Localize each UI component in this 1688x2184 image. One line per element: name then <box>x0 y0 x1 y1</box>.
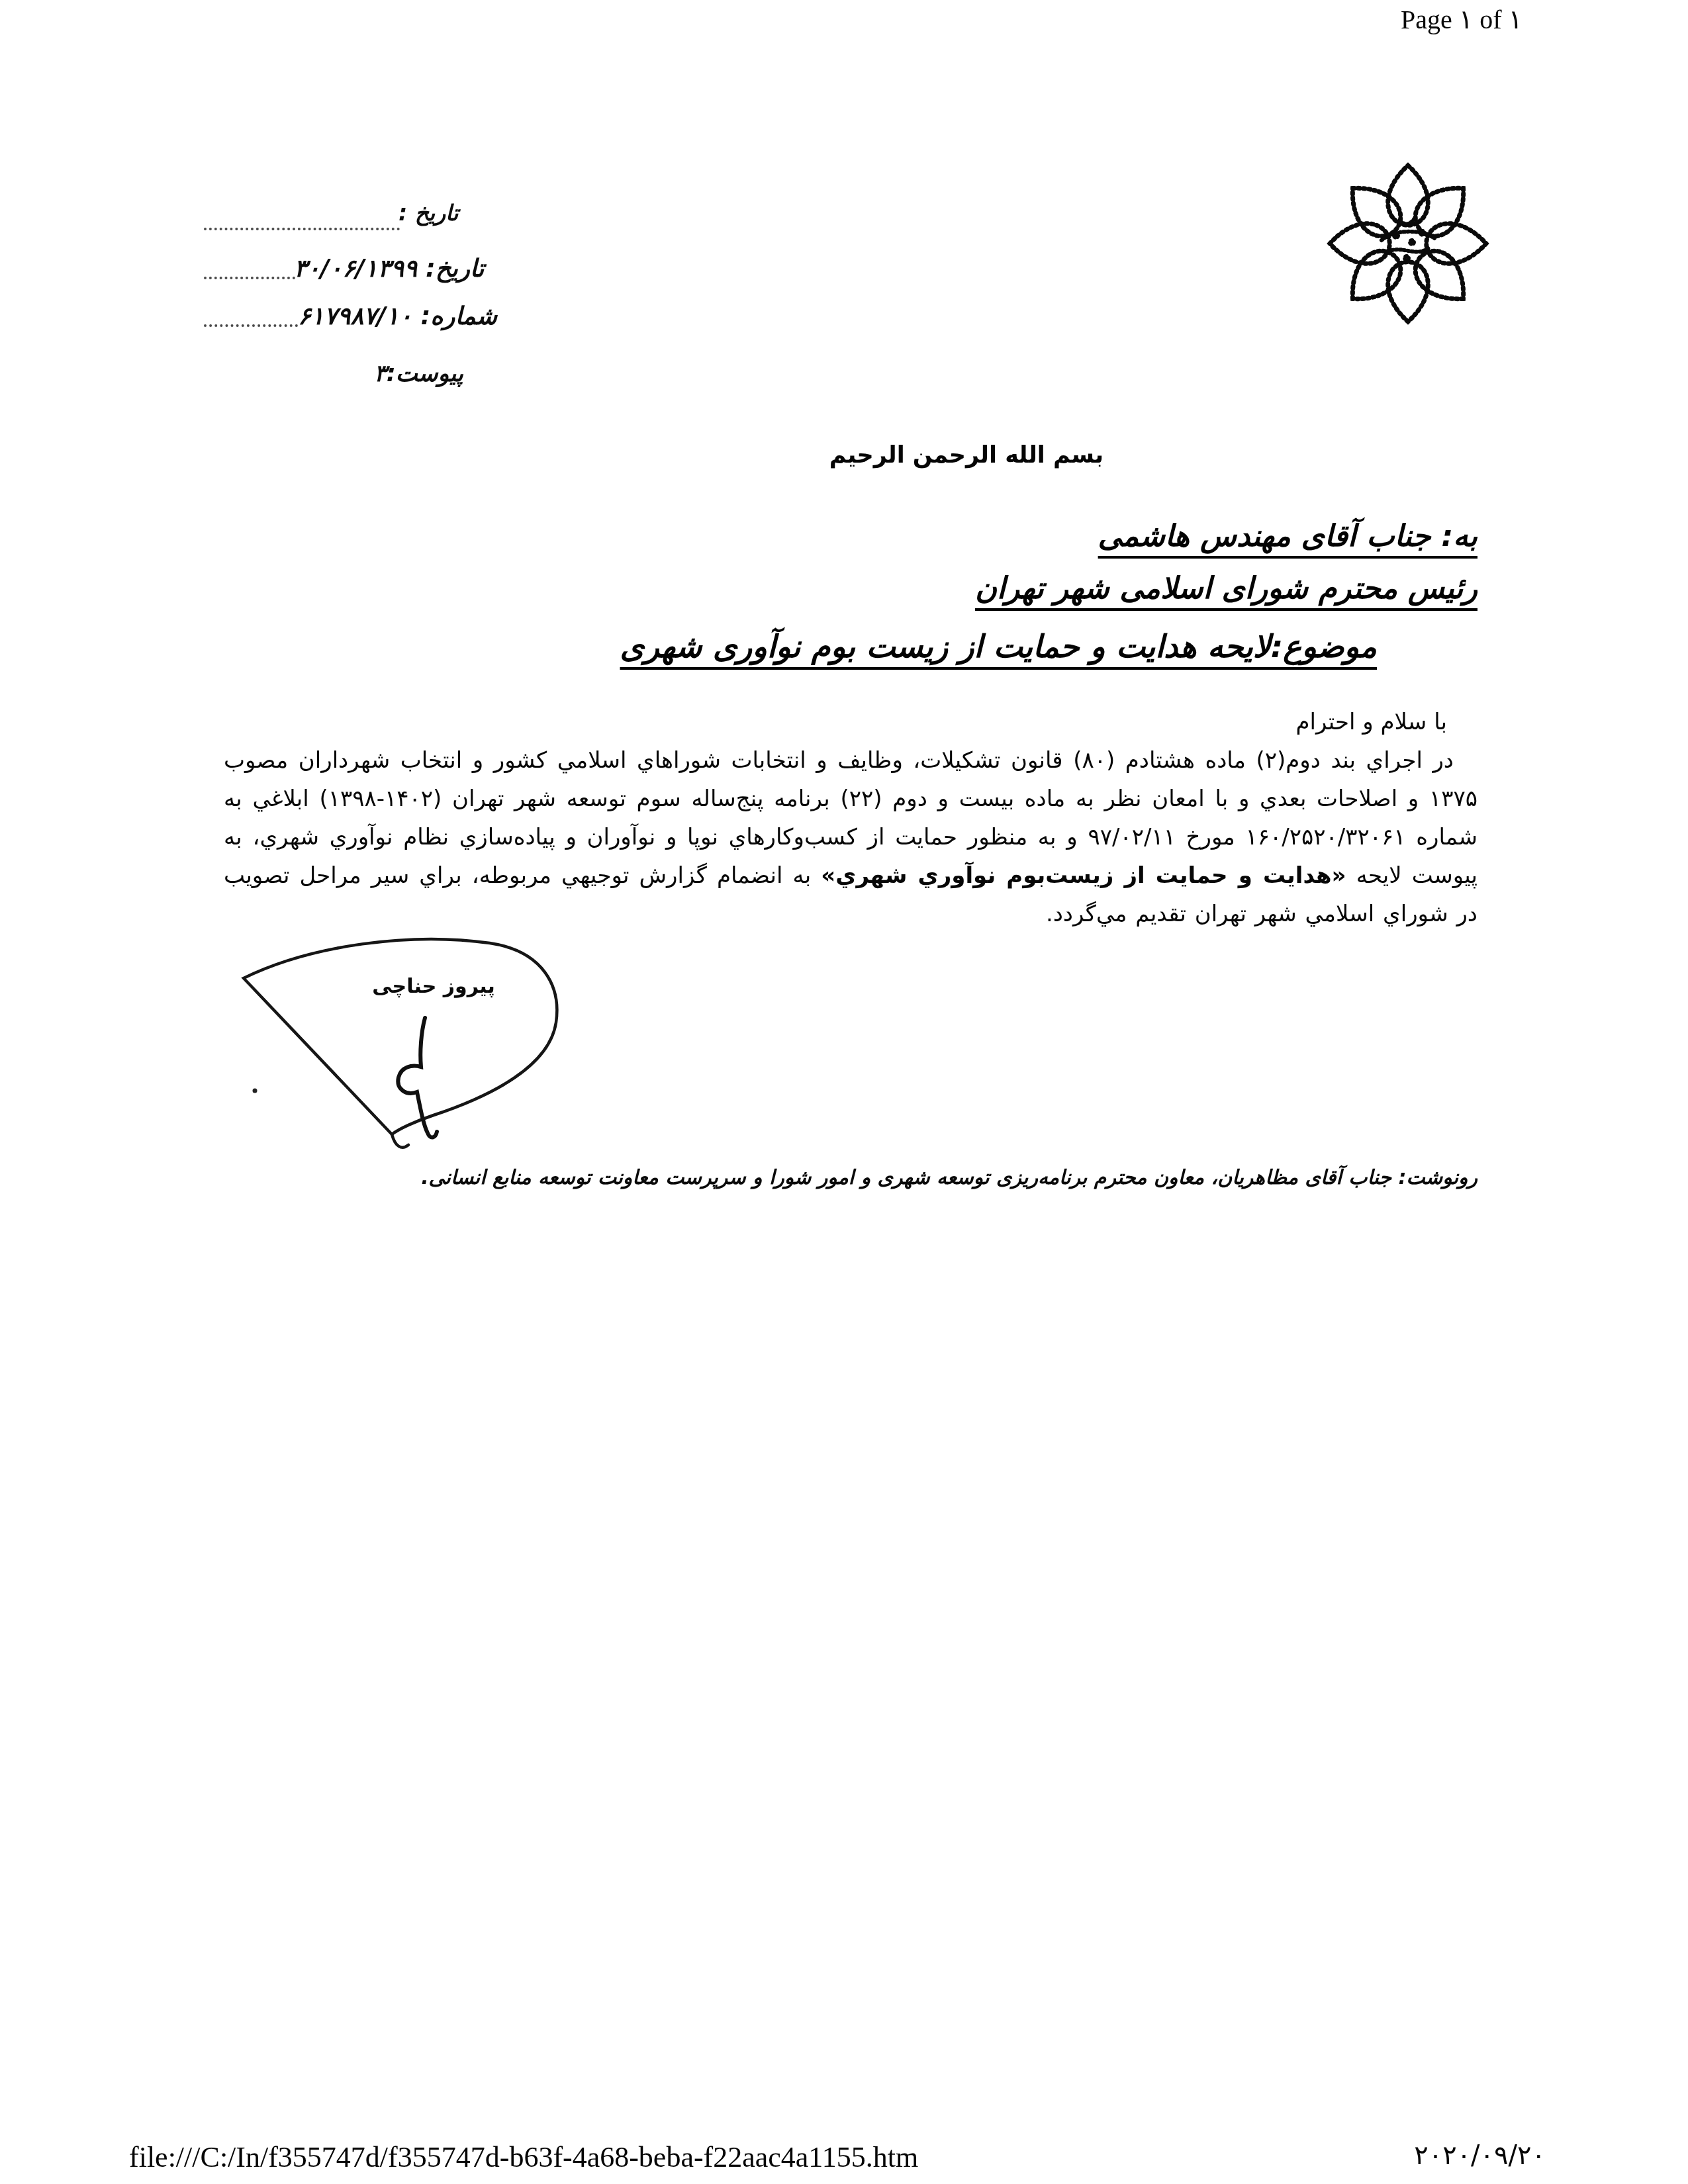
number-field-value: ۶۱۷۹۸۷/۱۰ <box>295 302 412 330</box>
date-field: تاريخ: ۳۰/۰۶/۱۳۹۹ <box>291 254 484 283</box>
date-dotted-leader-1 <box>204 228 400 230</box>
bismillah-text: بسم الله الرحمن الرحيم <box>761 442 1172 469</box>
recipient-title-line: رئیس محترم شورای اسلامی شهر تهران <box>975 570 1477 606</box>
page-number-header: Page ۱ of ۱ <box>1401 4 1523 35</box>
number-field-label: شماره: <box>420 302 497 330</box>
signature-block: پیروز حناچی <box>232 927 576 1155</box>
number-dotted-leader <box>204 324 298 327</box>
scanned-letter-page: Page ۱ of ۱ تاريخ : تاريخ: ۳۰/۰۶/۱۳۹۹ شم… <box>0 0 1688 2184</box>
signature-scrawl <box>398 1018 437 1138</box>
recipient-line: به: جناب آقای مهندس هاشمی <box>1098 518 1477 553</box>
municipality-logo-icon <box>1314 158 1503 335</box>
attachment-field-label: پيوست: <box>387 361 463 387</box>
body-paragraph: در اجراي بند دوم(۲) ماده هشتادم (۸۰) قان… <box>224 741 1477 933</box>
cc-line: رونوشت: جناب آقای مظاهریان، معاون محترم … <box>421 1166 1477 1189</box>
signature-tail-stroke <box>392 1134 408 1148</box>
attachment-field: پيوست:۳ <box>374 361 463 387</box>
attachment-field-value: ۳ <box>374 361 387 387</box>
date-field-value: ۳۰/۰۶/۱۳۹۹ <box>291 254 417 283</box>
footer-date: ۲۰۲۰/۰۹/۲۰ <box>1414 2140 1546 2171</box>
body-emphasis-text: «هدایت و حمایت از زیست‌بوم نوآوري شهري» <box>821 862 1346 889</box>
signature-outline-drawing <box>244 939 557 1134</box>
salutation-text: با سلام و احترام <box>211 703 1464 741</box>
signer-name-text: پیروز حناچی <box>372 975 495 998</box>
number-field: شماره: ۶۱۷۹۸۷/۱۰ <box>295 302 497 330</box>
subject-line: موضوع:لایحه هدایت و حمایت از زیست بوم نو… <box>620 629 1377 665</box>
date-label-handwritten: تاريخ : <box>399 200 458 226</box>
date-dotted-leader-2 <box>204 277 295 279</box>
stray-dot-mark <box>253 1089 258 1093</box>
date-field-label: تاريخ: <box>426 254 484 283</box>
footer-file-url: file:///C:/In/f355747d/f355747d-b63f-4a6… <box>129 2140 918 2174</box>
